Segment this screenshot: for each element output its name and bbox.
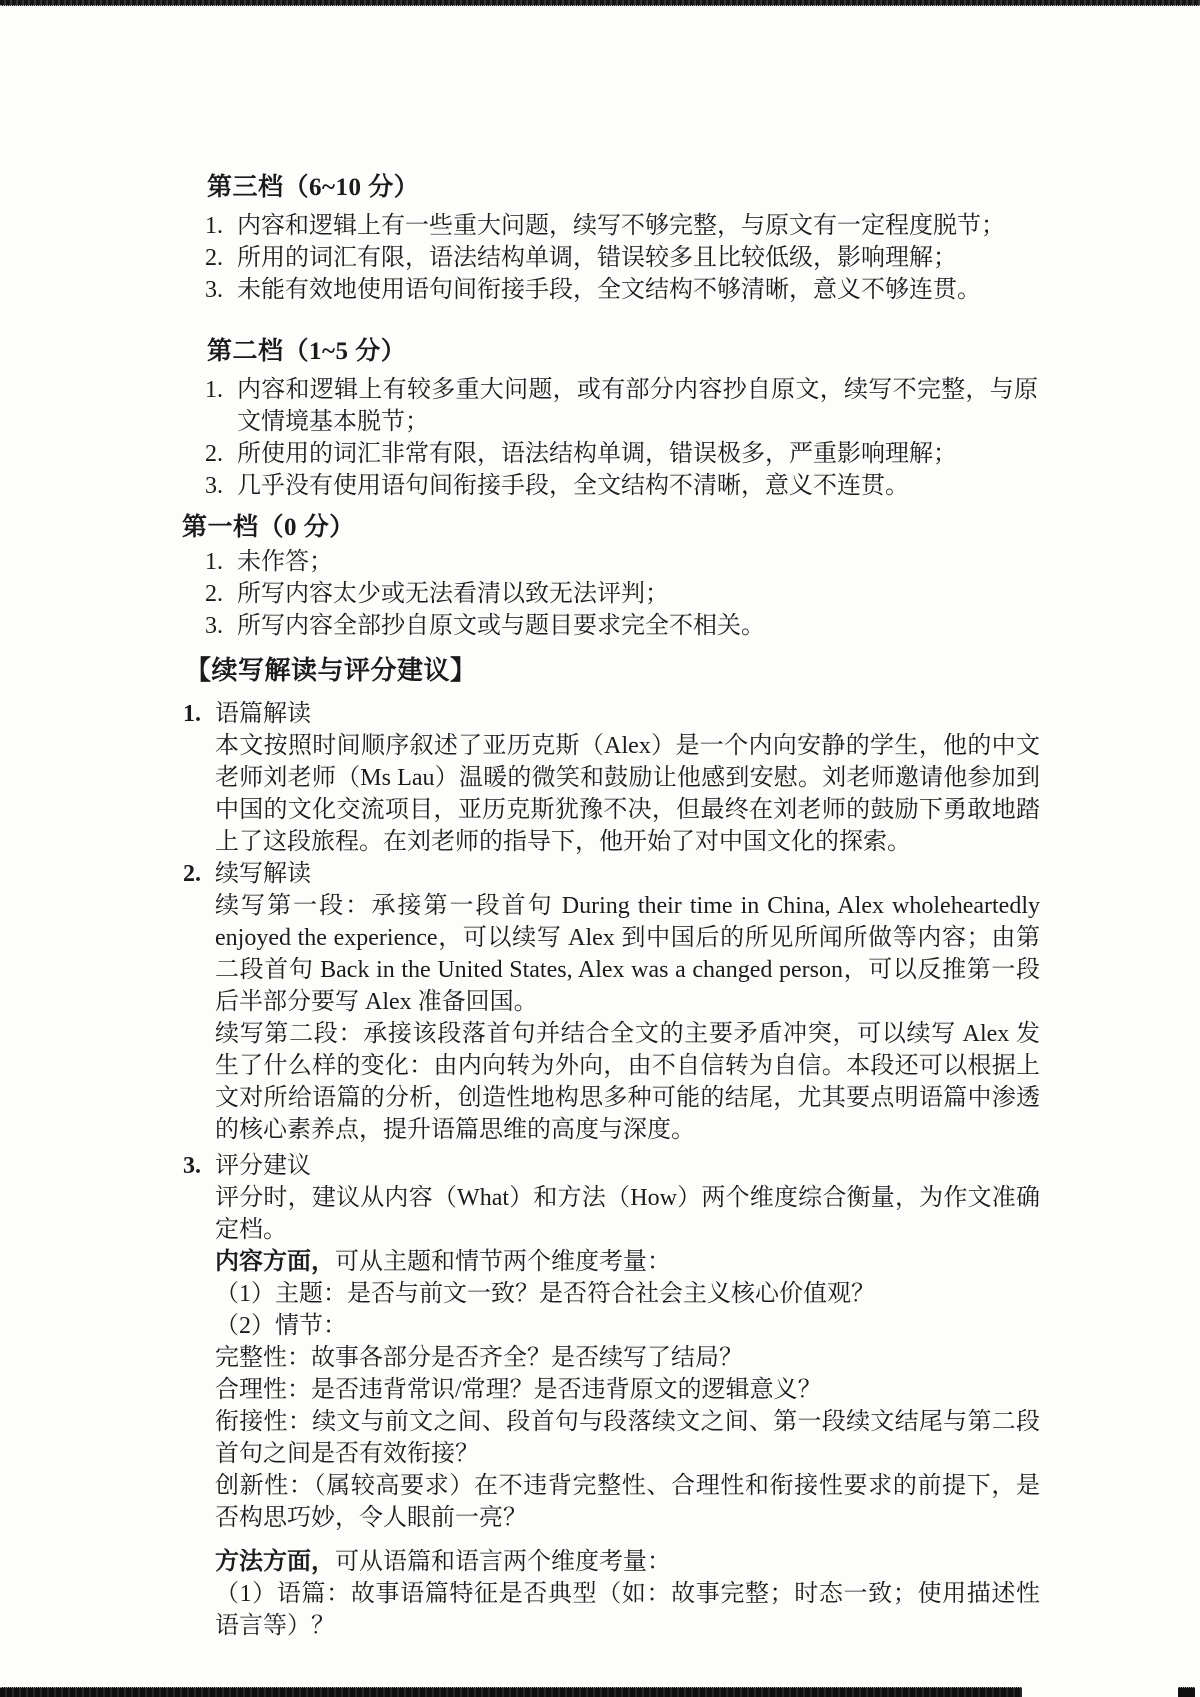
section-title-text: 评分建议	[215, 1153, 311, 1179]
tier-item-text: 未作答；	[237, 549, 333, 575]
method-dimension-text: 可从语篇和语言两个维度考量：	[335, 1549, 671, 1575]
bottom-scan-bar-fragment	[1178, 1687, 1195, 1697]
method-point-discourse: （1）语篇：故事语篇特征是否典型（如：故事完整；时态一致；使用描述性语言等）？	[215, 1578, 1040, 1642]
content-dimension-text: 可从主题和情节两个维度考量：	[335, 1249, 671, 1275]
tier-item: 2. 所写内容太少或无法看清以致无法评判；	[0, 578, 1200, 610]
tier-item-number: 2.	[205, 438, 223, 470]
tier2-heading: 第二档（1~5 分）	[207, 336, 1200, 368]
tier-item-text: 所写内容太少或无法看清以致无法评判；	[237, 581, 669, 607]
tier-item-text: 内容和逻辑上有一些重大问题，续写不够完整，与原文有一定程度脱节；	[237, 213, 1005, 239]
method-dimension-line: 方法方面，可从语篇和语言两个维度考量：	[215, 1546, 1040, 1578]
tier-item: 3. 未能有效地使用语句间衔接手段，全文结构不够清晰，意义不够连贯。	[0, 274, 1200, 306]
section-title-scoring: 3. 评分建议	[0, 1150, 1200, 1182]
criterion-reasonableness: 合理性：是否违背常识/常理？是否违背原文的逻辑意义？	[215, 1374, 1040, 1406]
section-number: 2.	[183, 858, 201, 890]
continuation-paragraph-2: 续写第二段：承接该段落首句并结合全文的主要矛盾冲突，可以续写 Alex 发生了什…	[215, 1018, 1040, 1146]
tier-item-text: 未能有效地使用语句间衔接手段，全文结构不够清晰，意义不够连贯。	[237, 277, 981, 303]
tier-item: 3. 几乎没有使用语句间衔接手段，全文结构不清晰，意义不连贯。	[0, 470, 1200, 502]
scanned-document-page: 第三档（6~10 分） 1. 内容和逻辑上有一些重大问题，续写不够完整，与原文有…	[0, 0, 1200, 1697]
continuation-paragraph-1: 续写第一段：承接第一段首句 During their time in China…	[215, 890, 1040, 1018]
tier2-list: 1. 内容和逻辑上有较多重大问题，或有部分内容抄自原文，续写不完整，与原文情境基…	[0, 374, 1200, 502]
section-number: 1.	[183, 698, 201, 730]
tier-item-number: 3.	[205, 470, 223, 502]
tier-item-text: 几乎没有使用语句间衔接手段，全文结构不清晰，意义不连贯。	[237, 473, 909, 499]
content-point-plot: （2）情节：	[215, 1310, 1040, 1342]
tier-item-text: 所写内容全部抄自原文或与题目要求完全不相关。	[237, 613, 765, 639]
document-content: 第三档（6~10 分） 1. 内容和逻辑上有一些重大问题，续写不够完整，与原文有…	[0, 0, 1200, 1642]
tier-item-text: 内容和逻辑上有较多重大问题，或有部分内容抄自原文，续写不完整，与原文情境基本脱节…	[237, 377, 1038, 435]
tier-item-text: 所使用的词汇非常有限，语法结构单调，错误极多，严重影响理解；	[237, 441, 957, 467]
tier-item-number: 1.	[205, 210, 223, 242]
content-dimension-line: 内容方面，可从主题和情节两个维度考量：	[215, 1246, 1040, 1278]
discourse-analysis-paragraph: 本文按照时间顺序叙述了亚历克斯（Alex）是一个内向安静的学生，他的中文老师刘老…	[215, 730, 1040, 858]
section-number: 3.	[183, 1150, 201, 1182]
tier-item: 2. 所使用的词汇非常有限，语法结构单调，错误极多，严重影响理解；	[0, 438, 1200, 470]
tier-item-number: 1.	[205, 546, 223, 578]
tier-item-text: 所用的词汇有限，语法结构单调，错误较多且比较低级，影响理解；	[237, 245, 957, 271]
tier-item: 1. 未作答；	[0, 546, 1200, 578]
section-title-text: 续写解读	[215, 861, 311, 887]
tier-item-number: 3.	[205, 274, 223, 306]
tier3-list: 1. 内容和逻辑上有一些重大问题，续写不够完整，与原文有一定程度脱节； 2. 所…	[0, 210, 1200, 306]
section-title-continuation: 2. 续写解读	[0, 858, 1200, 890]
content-dimension-label: 内容方面，	[215, 1249, 335, 1275]
criterion-creativity: 创新性：（属较高要求）在不违背完整性、合理性和衔接性要求的前提下，是否构思巧妙，…	[215, 1470, 1040, 1534]
tier-item: 3. 所写内容全部抄自原文或与题目要求完全不相关。	[0, 610, 1200, 642]
tier-item: 2. 所用的词汇有限，语法结构单调，错误较多且比较低级，影响理解；	[0, 242, 1200, 274]
tier-item-number: 1.	[205, 374, 223, 406]
bottom-scan-bar	[0, 1687, 1022, 1697]
method-dimension-label: 方法方面，	[215, 1549, 335, 1575]
section-title-discourse: 1. 语篇解读	[0, 698, 1200, 730]
tier-item-number: 2.	[205, 578, 223, 610]
tier-item-number: 3.	[205, 610, 223, 642]
section-title-text: 语篇解读	[215, 701, 311, 727]
criterion-cohesion: 衔接性：续文与前文之间、段首句与段落续文之间、第一段续文结尾与第二段首句之间是否…	[215, 1406, 1040, 1470]
tier-item-number: 2.	[205, 242, 223, 274]
tier3-heading: 第三档（6~10 分）	[207, 172, 1200, 204]
scoring-intro: 评分时，建议从内容（What）和方法（How）两个维度综合衡量，为作文准确定档。	[215, 1182, 1040, 1246]
tier1-heading: 第一档（0 分）	[182, 512, 1200, 544]
tier1-list: 1. 未作答； 2. 所写内容太少或无法看清以致无法评判； 3. 所写内容全部抄…	[0, 546, 1200, 642]
tier-item: 1. 内容和逻辑上有一些重大问题，续写不够完整，与原文有一定程度脱节；	[0, 210, 1200, 242]
commentary-heading: 【续写解读与评分建议】	[185, 654, 1200, 688]
content-point-theme: （1）主题：是否与前文一致？是否符合社会主义核心价值观？	[215, 1278, 1040, 1310]
criterion-completeness: 完整性：故事各部分是否齐全？是否续写了结局？	[215, 1342, 1040, 1374]
tier-item: 1. 内容和逻辑上有较多重大问题，或有部分内容抄自原文，续写不完整，与原文情境基…	[0, 374, 1200, 438]
